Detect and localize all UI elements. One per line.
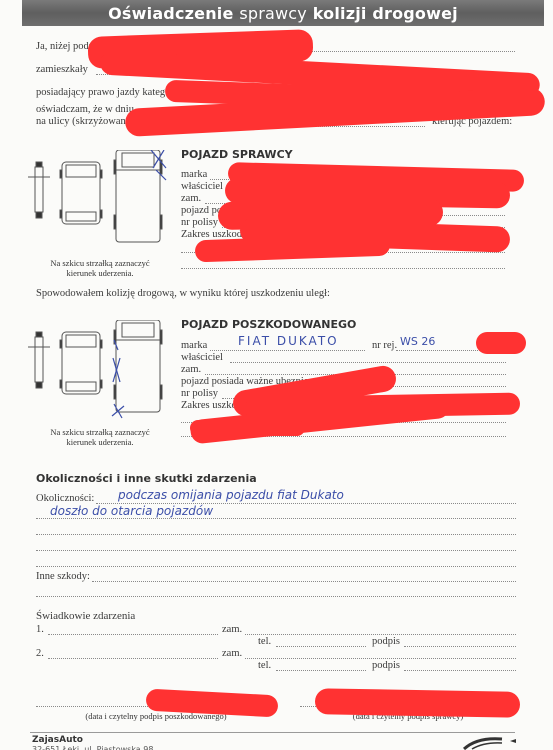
witness-2-address-label: zam. — [222, 648, 242, 660]
victim-reg-value: WS 26 — [400, 335, 435, 348]
victim-policy-label: nr polisy — [181, 388, 218, 400]
witness-2-address-field[interactable] — [245, 658, 516, 659]
sketch-caption-line: kierunek uderzenia. — [30, 268, 170, 278]
victim-insurance-field[interactable] — [380, 386, 506, 387]
intro-line4-label: oświadczam, że w dniu — [36, 104, 134, 116]
perp-damage-field-2[interactable] — [181, 268, 505, 269]
motorcycle-icon — [28, 332, 50, 388]
redaction-mark — [315, 688, 520, 718]
witness-2-number: 2. — [36, 648, 44, 660]
victim-make-label: marka — [181, 340, 207, 352]
zajas-logo-icon — [462, 735, 522, 750]
perp-owner-label: właściciel — [181, 181, 223, 193]
witness-1-signature-label: podpis — [372, 636, 400, 648]
circumstances-field-2[interactable] — [36, 518, 516, 519]
perpetrator-vehicle-heading: POJAZD SPRAWCY — [181, 148, 293, 161]
other-damage-field-2[interactable] — [36, 596, 516, 597]
victim-address-label: zam. — [181, 364, 201, 376]
victim-reg-label: nr rej. — [372, 340, 397, 352]
circumstances-text-line1: podczas omijania pojazdu fiat Dukato — [118, 488, 344, 502]
van-icon — [114, 150, 162, 242]
sketch-caption-line: Na szkicu strzałką zaznaczyć — [30, 258, 170, 268]
witness-1-address-field[interactable] — [245, 634, 516, 635]
witness-2-phone-field[interactable] — [276, 670, 366, 671]
sketch-caption: Na szkicu strzałką zaznaczyć kierunek ud… — [30, 427, 170, 447]
victim-owner-field[interactable] — [230, 362, 506, 363]
van-icon — [114, 320, 162, 412]
car-icon — [60, 162, 102, 224]
witness-2-phone-label: tel. — [258, 660, 271, 672]
impact-mark-icon — [112, 340, 124, 418]
circumstances-text-line2: doszło do otarcia pojazdów — [50, 504, 213, 518]
witness-2-name-field[interactable] — [48, 658, 218, 659]
title-part: kolizji drogowej — [307, 4, 458, 23]
witness-2-signature-label: podpis — [372, 660, 400, 672]
circumstances-field-4[interactable] — [36, 550, 516, 551]
circumstances-field-5[interactable] — [36, 566, 516, 567]
footer-company: ZajasAuto — [32, 735, 83, 745]
redaction-mark — [190, 420, 305, 436]
witness-1-name-field[interactable] — [48, 634, 218, 635]
footer-divider — [30, 732, 515, 733]
redaction-mark — [476, 332, 526, 354]
intro-line5-label: na ulicy (skrzyżowaniu) — [36, 116, 137, 128]
transition-text: Spowodowałem kolizję drogową, w wyniku k… — [36, 288, 330, 300]
witnesses-heading: Świadkowie zdarzenia — [36, 610, 135, 622]
title-part: Oświadczenie — [108, 4, 239, 23]
witness-1-address-label: zam. — [222, 624, 242, 636]
intro-line2-label: zamieszkały — [36, 64, 88, 76]
sketch-caption-line: Na szkicu strzałką zaznaczyć — [30, 427, 170, 437]
perp-policy-label: nr polisy — [181, 217, 218, 229]
victim-vehicle-heading: POJAZD POSZKODOWANEGO — [181, 318, 356, 331]
footer-address: 32-651 Łęki, ul. Piastowska 98 — [32, 745, 153, 750]
victim-make-field[interactable] — [210, 350, 365, 351]
impact-mark-icon — [151, 150, 166, 180]
motorcycle-icon — [28, 162, 50, 218]
vehicle-sketch-icons[interactable] — [26, 320, 171, 420]
witness-1-number: 1. — [36, 624, 44, 636]
circumstances-heading: Okoliczności i inne skutki zdarzenia — [36, 472, 257, 485]
circumstances-field-3[interactable] — [36, 534, 516, 535]
car-icon — [60, 332, 102, 394]
sketch-caption: Na szkicu strzałką zaznaczyć kierunek ud… — [30, 258, 170, 278]
intro-line3-label: posiadający prawo jazdy kategorii — [36, 87, 180, 99]
witness-1-signature-field[interactable] — [404, 646, 516, 647]
witness-1-phone-field[interactable] — [276, 646, 366, 647]
other-damage-label: Inne szkody: — [36, 571, 90, 583]
victim-make-value: FIAT DUKATO — [238, 334, 339, 348]
sketch-caption-line: kierunek uderzenia. — [30, 437, 170, 447]
vehicle-sketch-icons[interactable] — [26, 150, 171, 250]
perp-make-label: marka — [181, 169, 207, 181]
title-part: sprawcy — [239, 4, 307, 23]
witness-1-phone-label: tel. — [258, 636, 271, 648]
victim-owner-label: właściciel — [181, 352, 223, 364]
document-title: Oświadczenie sprawcy kolizji drogowej — [22, 0, 544, 26]
witness-2-signature-field[interactable] — [404, 670, 516, 671]
perp-address-label: zam. — [181, 193, 201, 205]
other-damage-field-1[interactable] — [92, 581, 516, 582]
